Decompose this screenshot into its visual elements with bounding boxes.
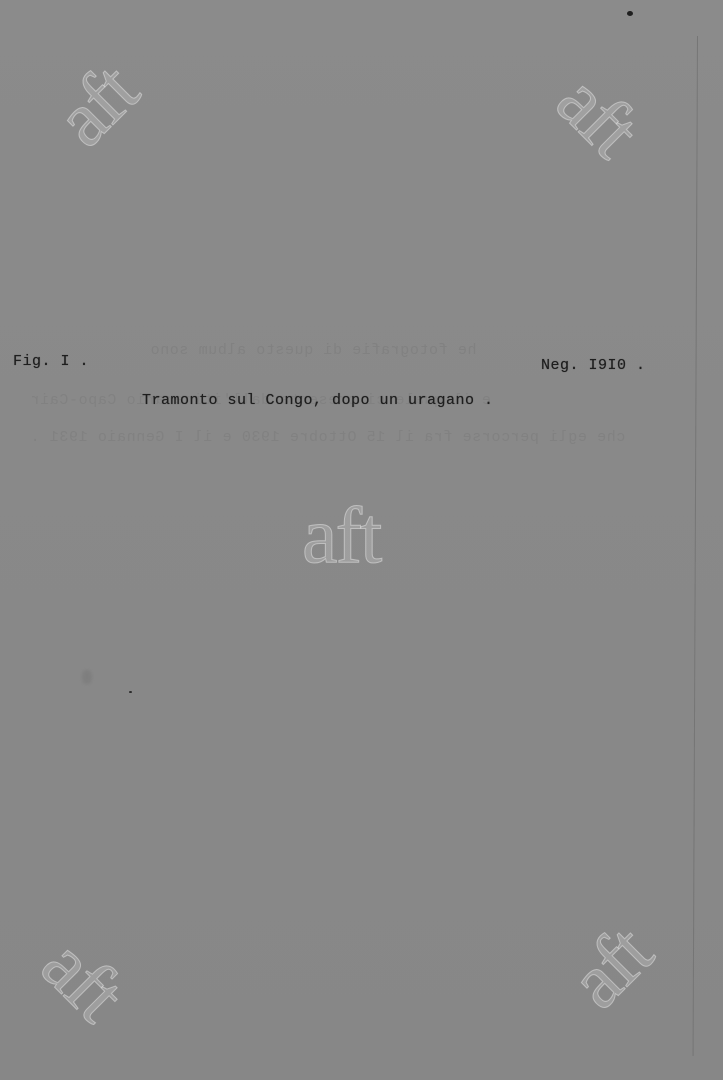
watermark-logo: aft: [556, 912, 665, 1021]
photo-caption: Tramonto sul Congo, dopo un uragano .: [142, 392, 494, 409]
dust-speck: [129, 691, 132, 693]
negative-number: Neg. I9I0 .: [541, 357, 646, 374]
watermark-logo: aft: [544, 60, 653, 169]
scanned-document-page: he fotografie di questo album sono e il …: [0, 0, 723, 1080]
page-edge-line: [693, 36, 698, 1056]
bleed-through-line: he fotografie di questo album sono: [150, 342, 476, 359]
figure-label: Fig. I .: [13, 353, 89, 370]
watermark-logo: aft: [29, 924, 138, 1033]
paper-smudge: [82, 670, 92, 684]
watermark-logo: aft: [42, 50, 151, 159]
watermark-logo: aft: [302, 496, 380, 576]
bleed-through-line: che egli percorse fra il 15 Ottobre 1930…: [30, 429, 625, 446]
dust-speck: [627, 11, 633, 16]
